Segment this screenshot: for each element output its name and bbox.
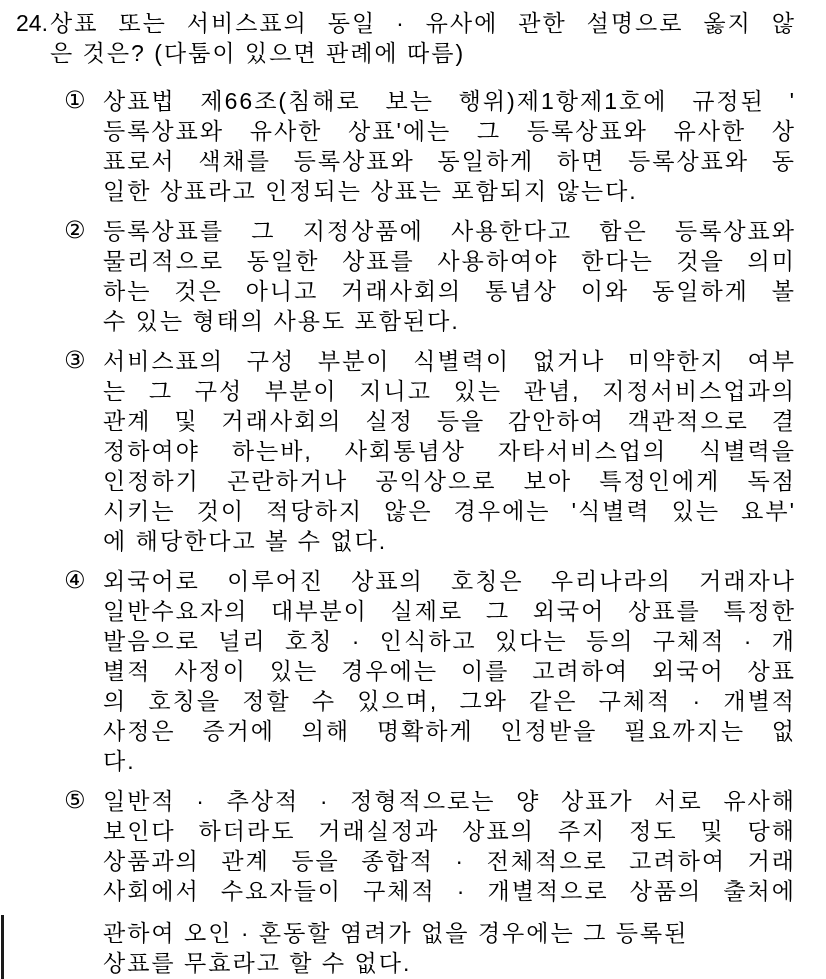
option-2-marker: ② (64, 216, 103, 336)
text-line: 상품과의 관계 등을 종합적 · 전체적으로 고려하여 거래 (103, 846, 796, 876)
option-4-text: 외국어로 이루어진 상표의 호칭은 우리나라의 거래자나 일반수요자의 대부분이… (103, 566, 796, 776)
text-line: 관하여 오인 · 혼동할 염려가 없을 경우에는 그 등록된 (103, 918, 796, 948)
text-line: 의 호칭을 정할 수 있으며, 그와 같은 구체적 · 개별적 (103, 686, 796, 716)
text-line: 하는 것은 아니고 거래사회의 통념상 이와 동일하게 볼 (103, 276, 796, 306)
text-line: 일반적 · 추상적 · 정형적으로는 양 상표가 서로 유사해 (103, 786, 796, 816)
page-edge-artifact (1, 915, 4, 979)
text-line: 시키는 것이 적당하지 않은 경우에는 '식별력 있는 요부' (103, 496, 796, 526)
option-5: ⑤ 일반적 · 추상적 · 정형적으로는 양 상표가 서로 유사해 보인다 하더… (64, 786, 796, 978)
text-line: 는 그 구성 부분이 지니고 있는 관념, 지정서비스업과의 (103, 376, 796, 406)
exam-page: 24. 상표 또는 서비스표의 동일 · 유사에 관한 설명으로 옳지 않 은 … (0, 0, 826, 979)
option-3: ③ 서비스표의 구성 부분이 식별력이 없거나 미약한지 여부 는 그 구성 부… (64, 346, 796, 556)
question-text: 상표 또는 서비스표의 동일 · 유사에 관한 설명으로 옳지 않 은 것은? … (50, 8, 796, 68)
text-line: 발음으로 널리 호칭 · 인식하고 있다는 등의 구체적 · 개 (103, 626, 796, 656)
text-line: 등록상표와 유사한 상표'에는 그 등록상표와 유사한 상 (103, 116, 796, 146)
text-line: 물리적으로 동일한 상표를 사용하여야 한다는 것을 의미 (103, 246, 796, 276)
text-line: 서비스표의 구성 부분이 식별력이 없거나 미약한지 여부 (103, 346, 796, 376)
option-3-text: 서비스표의 구성 부분이 식별력이 없거나 미약한지 여부 는 그 구성 부분이… (103, 346, 796, 556)
text-line: 보인다 하더라도 거래실정과 상표의 주지 정도 및 당해 (103, 816, 796, 846)
text-line: 다. (103, 746, 796, 776)
text-line: 수 있는 형태의 사용도 포함된다. (103, 306, 796, 336)
option-4: ④ 외국어로 이루어진 상표의 호칭은 우리나라의 거래자나 일반수요자의 대부… (64, 566, 796, 776)
option-2: ② 등록상표를 그 지정상품에 사용한다고 함은 등록상표와 물리적으로 동일한… (64, 216, 796, 336)
question-block: 24. 상표 또는 서비스표의 동일 · 유사에 관한 설명으로 옳지 않 은 … (16, 8, 796, 68)
text-line: 관계 및 거래사회의 실정 등을 감안하여 객관적으로 결 (103, 406, 796, 436)
option-2-text: 등록상표를 그 지정상품에 사용한다고 함은 등록상표와 물리적으로 동일한 상… (103, 216, 796, 336)
text-line: 일한 상표라고 인정되는 상표는 포함되지 않는다. (103, 176, 796, 206)
text-line: 일반수요자의 대부분이 실제로 그 외국어 상표를 특정한 (103, 596, 796, 626)
text-line: 외국어로 이루어진 상표의 호칭은 우리나라의 거래자나 (103, 566, 796, 596)
text-line: 등록상표를 그 지정상품에 사용한다고 함은 등록상표와 (103, 216, 796, 246)
text-line: 상표 또는 서비스표의 동일 · 유사에 관한 설명으로 옳지 않 (50, 8, 796, 38)
text-line: 정하여야 하는바, 사회통념상 자타서비스업의 식별력을 (103, 436, 796, 466)
text-line: 별적 사정이 있는 경우에는 이를 고려하여 외국어 상표 (103, 656, 796, 686)
text-line: 표로서 색채를 등록상표와 동일하게 하면 등록상표와 동 (103, 146, 796, 176)
option-3-marker: ③ (64, 346, 103, 556)
option-1: ① 상표법 제66조(침해로 보는 행위)제1항제1호에 규정된 ' 등록상표와… (64, 86, 796, 206)
option-5-marker: ⑤ (64, 786, 103, 978)
option-1-text: 상표법 제66조(침해로 보는 행위)제1항제1호에 규정된 ' 등록상표와 유… (103, 86, 796, 206)
text-line: 상표를 무효라고 할 수 없다. (103, 948, 796, 978)
text-line: 사회에서 수요자들이 구체적 · 개별적으로 상품의 출처에 (103, 876, 796, 906)
text-line: 상표법 제66조(침해로 보는 행위)제1항제1호에 규정된 ' (103, 86, 796, 116)
text-line: 에 해당한다고 볼 수 없다. (103, 526, 796, 556)
text-line: 인정하기 곤란하거나 공익상으로 보아 특정인에게 독점 (103, 466, 796, 496)
text-line: 은 것은? (다툼이 있으면 판례에 따름) (50, 38, 796, 68)
option-4-marker: ④ (64, 566, 103, 776)
option-5-text: 일반적 · 추상적 · 정형적으로는 양 상표가 서로 유사해 보인다 하더라도… (103, 786, 796, 978)
question-number: 24. (16, 8, 50, 68)
text-line: 사정은 증거에 의해 명확하게 인정받을 필요까지는 없 (103, 716, 796, 746)
option-1-marker: ① (64, 86, 103, 206)
